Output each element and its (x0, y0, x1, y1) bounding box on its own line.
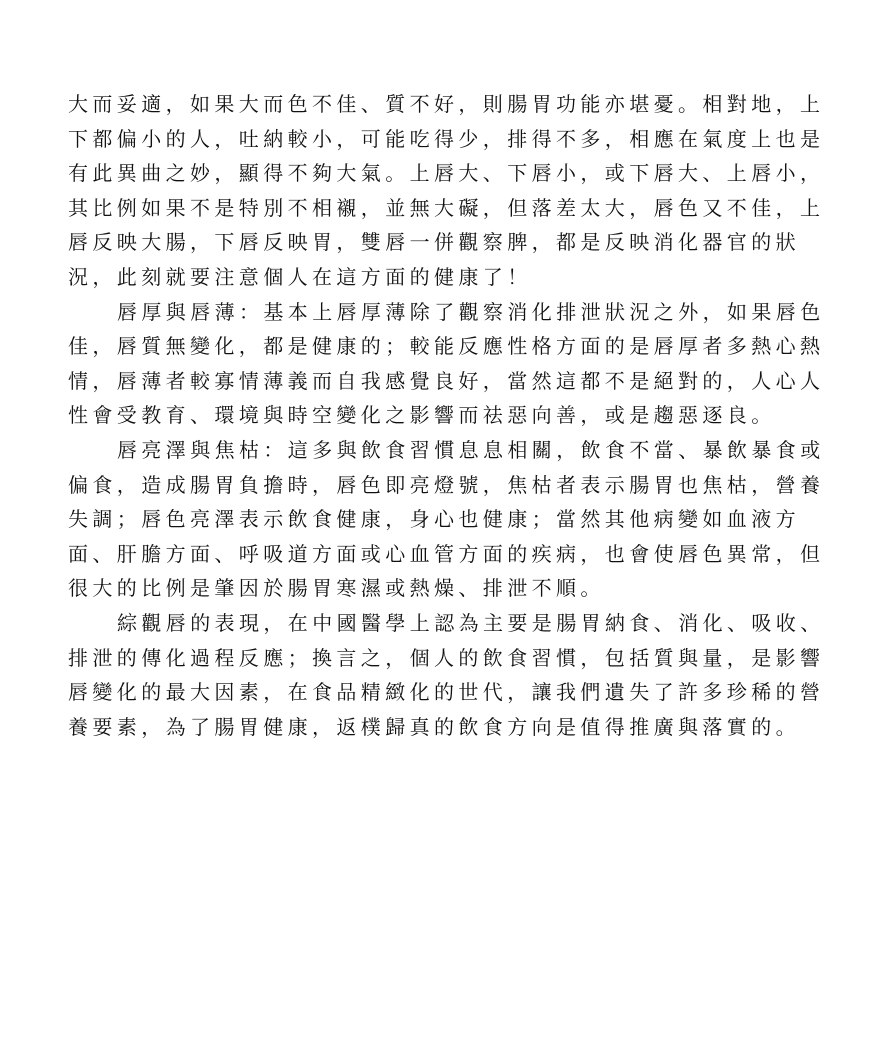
document-page: 大而妥適，如果大而色不佳、質不好，則腸胃功能亦堪憂。相對地，上 下都偏小的人，吐… (68, 87, 788, 744)
text-line: 性會受教育、環境與時空變化之影響而祛惡向善，或是趨惡逐良。 (68, 398, 788, 433)
text-line: 佳，唇質無變化，都是健康的；較能反應性格方面的是唇厚者多熱心熱 (68, 329, 788, 364)
text-line: 其比例如果不是特別不相襯，並無大礙，但落差太大，唇色又不佳，上 (68, 191, 788, 226)
text-line: 下都偏小的人，吐納較小，可能吃得少，排得不多，相應在氣度上也是 (68, 122, 788, 157)
text-line: 唇反映大腸，下唇反映胃，雙唇一併觀察脾，都是反映消化器官的狀 (68, 225, 788, 260)
paragraph-lip-luster: 唇亮澤與焦枯：這多與飲食習慣息息相關，飲食不當、暴飲暴食或 偏食，造成腸胃負擔時… (68, 433, 788, 606)
text-line: 唇厚與唇薄：基本上唇厚薄除了觀察消化排泄狀況之外，如果唇色 (68, 295, 788, 330)
text-line: 唇亮澤與焦枯：這多與飲食習慣息息相關，飲食不當、暴飲暴食或 (68, 433, 788, 468)
text-line: 況，此刻就要注意個人在這方面的健康了！ (68, 260, 788, 295)
text-line: 面、肝膽方面、呼吸道方面或心血管方面的疾病，也會使唇色異常，但 (68, 537, 788, 572)
text-line: 排泄的傳化過程反應；換言之，個人的飲食習慣，包括質與量，是影響 (68, 641, 788, 676)
paragraph-lip-size-continued: 大而妥適，如果大而色不佳、質不好，則腸胃功能亦堪憂。相對地，上 下都偏小的人，吐… (68, 87, 788, 295)
text-line: 很大的比例是肇因於腸胃寒濕或熱燥、排泄不順。 (68, 571, 788, 606)
text-line: 失調；唇色亮澤表示飲食健康，身心也健康；當然其他病變如血液方 (68, 502, 788, 537)
text-line: 偏食，造成腸胃負擔時，唇色即亮燈號，焦枯者表示腸胃也焦枯，營養 (68, 468, 788, 503)
text-line: 養要素，為了腸胃健康，返樸歸真的飲食方向是值得推廣與落實的。 (68, 710, 788, 745)
text-line: 綜觀唇的表現，在中國醫學上認為主要是腸胃納食、消化、吸收、 (68, 606, 788, 641)
paragraph-lip-thickness: 唇厚與唇薄：基本上唇厚薄除了觀察消化排泄狀況之外，如果唇色 佳，唇質無變化，都是… (68, 295, 788, 433)
text-line: 大而妥適，如果大而色不佳、質不好，則腸胃功能亦堪憂。相對地，上 (68, 87, 788, 122)
paragraph-conclusion: 綜觀唇的表現，在中國醫學上認為主要是腸胃納食、消化、吸收、 排泄的傳化過程反應；… (68, 606, 788, 744)
text-line: 有此異曲之妙，顯得不夠大氣。上唇大、下唇小，或下唇大、上唇小， (68, 156, 788, 191)
text-line: 唇變化的最大因素，在食品精緻化的世代，讓我們遺失了許多珍稀的營 (68, 675, 788, 710)
text-line: 情，唇薄者較寡情薄義而自我感覺良好，當然這都不是絕對的，人心人 (68, 364, 788, 399)
